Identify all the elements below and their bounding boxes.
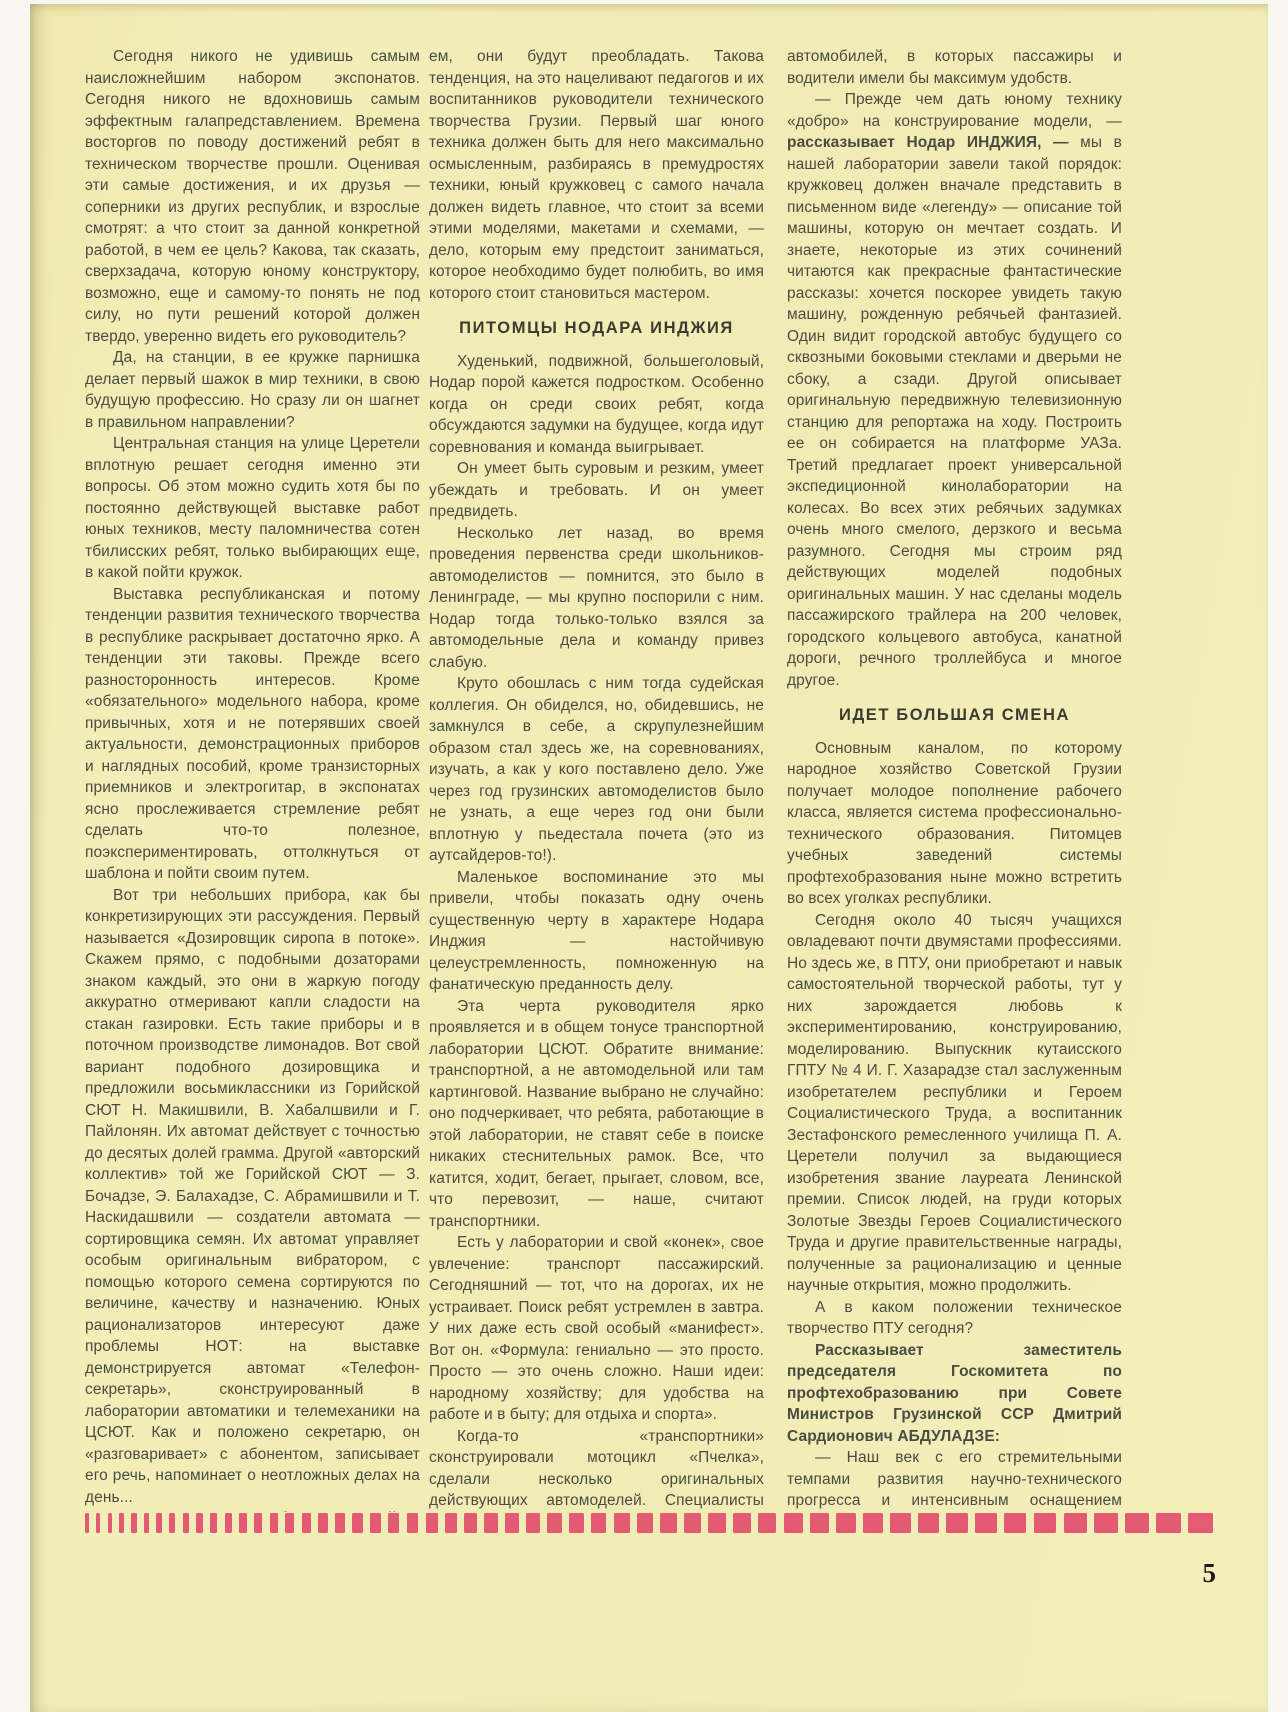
- text-run: мы в нашей лаборатории завели такой поря…: [787, 134, 1122, 689]
- divider-block: [183, 1513, 189, 1533]
- text-run: Сегодня около 40 тысяч учащихся овладева…: [787, 912, 1122, 1295]
- paragraph: Центральная станция на улице Церетели вп…: [85, 433, 420, 584]
- divider-block: [370, 1513, 381, 1533]
- divider-block: [1125, 1513, 1149, 1533]
- paragraph: — Прежде чем дать юному технику «добро» …: [787, 89, 1122, 691]
- text-run: Не скроем, таких приборов и устройств на…: [85, 1510, 420, 1512]
- divider-block: [1156, 1513, 1181, 1533]
- divider-block: [1188, 1513, 1213, 1533]
- text-run: Худенький, подвижной, большеголовый, Нод…: [429, 353, 764, 456]
- paragraph: Он умеет быть суровым и резким, умеет уб…: [429, 458, 764, 523]
- divider-block: [407, 1513, 419, 1533]
- paragraph: — Наш век с его стремительными темпами р…: [787, 1447, 1122, 1512]
- divider-block: [684, 1513, 701, 1533]
- divider-block: [614, 1513, 630, 1533]
- divider-block: [484, 1513, 497, 1533]
- text-run: А в каком положении техническое творчест…: [787, 1299, 1122, 1338]
- text-run: Когда-то «транспортники» сконструировали…: [429, 1428, 764, 1513]
- divider-block: [254, 1513, 262, 1533]
- text-run: Рассказывает заместитель председателя Го…: [787, 1342, 1122, 1445]
- paragraph: ем, они будут преобладать. Такова тенден…: [429, 46, 764, 304]
- divider-block: [1034, 1513, 1057, 1533]
- divider-block: [156, 1513, 162, 1533]
- divider-block: [1064, 1513, 1087, 1533]
- divider-block: [85, 1513, 89, 1533]
- divider-block: [225, 1513, 232, 1533]
- divider-block: [784, 1513, 803, 1533]
- text-run: ИДЕТ БОЛЬШАЯ СМЕНА: [839, 706, 1070, 724]
- divider-block: [918, 1513, 939, 1533]
- divider-block: [758, 1513, 776, 1533]
- divider-block: [464, 1513, 477, 1533]
- text-run: Эта черта руководителя ярко проявляется …: [429, 998, 764, 1230]
- paragraph: Есть у лаборатории и свой «конек», свое …: [429, 1232, 764, 1426]
- divider-block: [975, 1513, 997, 1533]
- paragraph: А в каком положении техническое творчест…: [787, 1297, 1122, 1340]
- text-run: — Наш век с его стремительными темпами р…: [787, 1449, 1122, 1512]
- divider-block: [946, 1513, 967, 1533]
- divider-block: [270, 1513, 279, 1533]
- paragraph: Круто обошлась с ним тогда судейская кол…: [429, 673, 764, 867]
- divider-block: [637, 1513, 653, 1533]
- divider-block: [660, 1513, 677, 1533]
- page-number: 5: [1168, 1558, 1216, 1589]
- divider-block: [1004, 1513, 1026, 1533]
- divider-block: [445, 1513, 457, 1533]
- divider-block: [708, 1513, 726, 1533]
- divider-block: [96, 1513, 100, 1533]
- paragraph: Худенький, подвижной, большеголовый, Нод…: [429, 351, 764, 459]
- divider-block: [836, 1513, 856, 1533]
- text-run: ПИТОМЦЫ НОДАРА ИНДЖИЯ: [459, 319, 734, 337]
- text-run: Выставка республиканская и потому тенден…: [85, 586, 420, 883]
- paragraph: Сегодня около 40 тысяч учащихся овладева…: [787, 910, 1122, 1297]
- divider-block: [285, 1513, 294, 1533]
- paragraph: Несколько лет назад, во время проведения…: [429, 523, 764, 674]
- text-run: — Прежде чем дать юному технику «добро» …: [787, 91, 1122, 130]
- divider-block: [547, 1513, 562, 1533]
- divider-block: [131, 1513, 136, 1533]
- text-column-1: Сегодня никого не удивишь самым наисложн…: [85, 46, 420, 1512]
- divider-block: [526, 1513, 540, 1533]
- paragraph: Сегодня никого не удивишь самым наисложн…: [85, 46, 420, 347]
- paragraph: Эта черта руководителя ярко проявляется …: [429, 996, 764, 1233]
- divider-block: [302, 1513, 311, 1533]
- text-run: ем, они будут преобладать. Такова тенден…: [429, 48, 764, 302]
- paragraph: автомобилей, в которых пассажиры и водит…: [787, 46, 1122, 89]
- divider-block: [733, 1513, 751, 1533]
- divider-block: [810, 1513, 829, 1533]
- divider-block: [591, 1513, 606, 1533]
- text-run: Основным каналом, по которому народное х…: [787, 740, 1122, 908]
- divider-block: [426, 1513, 438, 1533]
- section-heading: ПИТОМЦЫ НОДАРА ИНДЖИЯ: [429, 318, 764, 340]
- text-column-2: ем, они будут преобладать. Такова тенден…: [429, 46, 764, 1512]
- divider-block: [335, 1513, 345, 1533]
- divider-block: [108, 1513, 113, 1533]
- divider-block: [196, 1513, 203, 1533]
- divider-block: [239, 1513, 247, 1533]
- text-run: Круто обошлась с ним тогда судейская кол…: [429, 675, 764, 864]
- divider-block: [352, 1513, 363, 1533]
- text-run: Маленькое воспоминание это мы привели, ч…: [429, 869, 764, 994]
- paragraph: Вот три небольших прибора, как бы конкре…: [85, 885, 420, 1509]
- paragraph: Выставка республиканская и потому тенден…: [85, 584, 420, 885]
- divider-block: [388, 1513, 399, 1533]
- text-run: Центральная станция на улице Церетели вп…: [85, 435, 420, 581]
- text-run: Несколько лет назад, во время проведения…: [429, 525, 764, 671]
- text-run: Он умеет быть суровым и резким, умеет уб…: [429, 460, 764, 520]
- divider-block: [318, 1513, 328, 1533]
- divider-block: [210, 1513, 217, 1533]
- paragraph: Основным каналом, по которому народное х…: [787, 738, 1122, 910]
- text-run: Вот три небольших прибора, как бы конкре…: [85, 887, 420, 1506]
- paragraph: Да, на станции, в ее кружке парнишка дел…: [85, 347, 420, 433]
- paragraph: Рассказывает заместитель председателя Го…: [787, 1340, 1122, 1448]
- text-column-3: автомобилей, в которых пассажиры и водит…: [787, 46, 1122, 1512]
- paragraph: Не скроем, таких приборов и устройств на…: [85, 1508, 420, 1512]
- divider-block: [505, 1513, 519, 1533]
- text-run: Есть у лаборатории и свой «конек», свое …: [429, 1234, 764, 1423]
- text-run: Да, на станции, в ее кружке парнишка дел…: [85, 349, 420, 431]
- divider-block: [569, 1513, 584, 1533]
- divider-block: [169, 1513, 175, 1533]
- section-heading: ИДЕТ БОЛЬШАЯ СМЕНА: [787, 705, 1122, 727]
- divider-block: [144, 1513, 149, 1533]
- magazine-page-scan: { "page": { "number": "5" }, "colors": {…: [0, 0, 1288, 1712]
- divider-block: [863, 1513, 883, 1533]
- divider-block: [890, 1513, 911, 1533]
- paragraph: Когда-то «транспортники» сконструировали…: [429, 1426, 764, 1513]
- divider-block: [119, 1513, 124, 1533]
- decorative-divider: [85, 1513, 1213, 1533]
- divider-block: [1094, 1513, 1118, 1533]
- text-run: Сегодня никого не удивишь самым наисложн…: [85, 48, 420, 345]
- text-run: автомобилей, в которых пассажиры и водит…: [787, 48, 1122, 87]
- paragraph: Маленькое воспоминание это мы привели, ч…: [429, 867, 764, 996]
- text-run: рассказывает Нодар ИНДЖИЯ, —: [787, 134, 1069, 151]
